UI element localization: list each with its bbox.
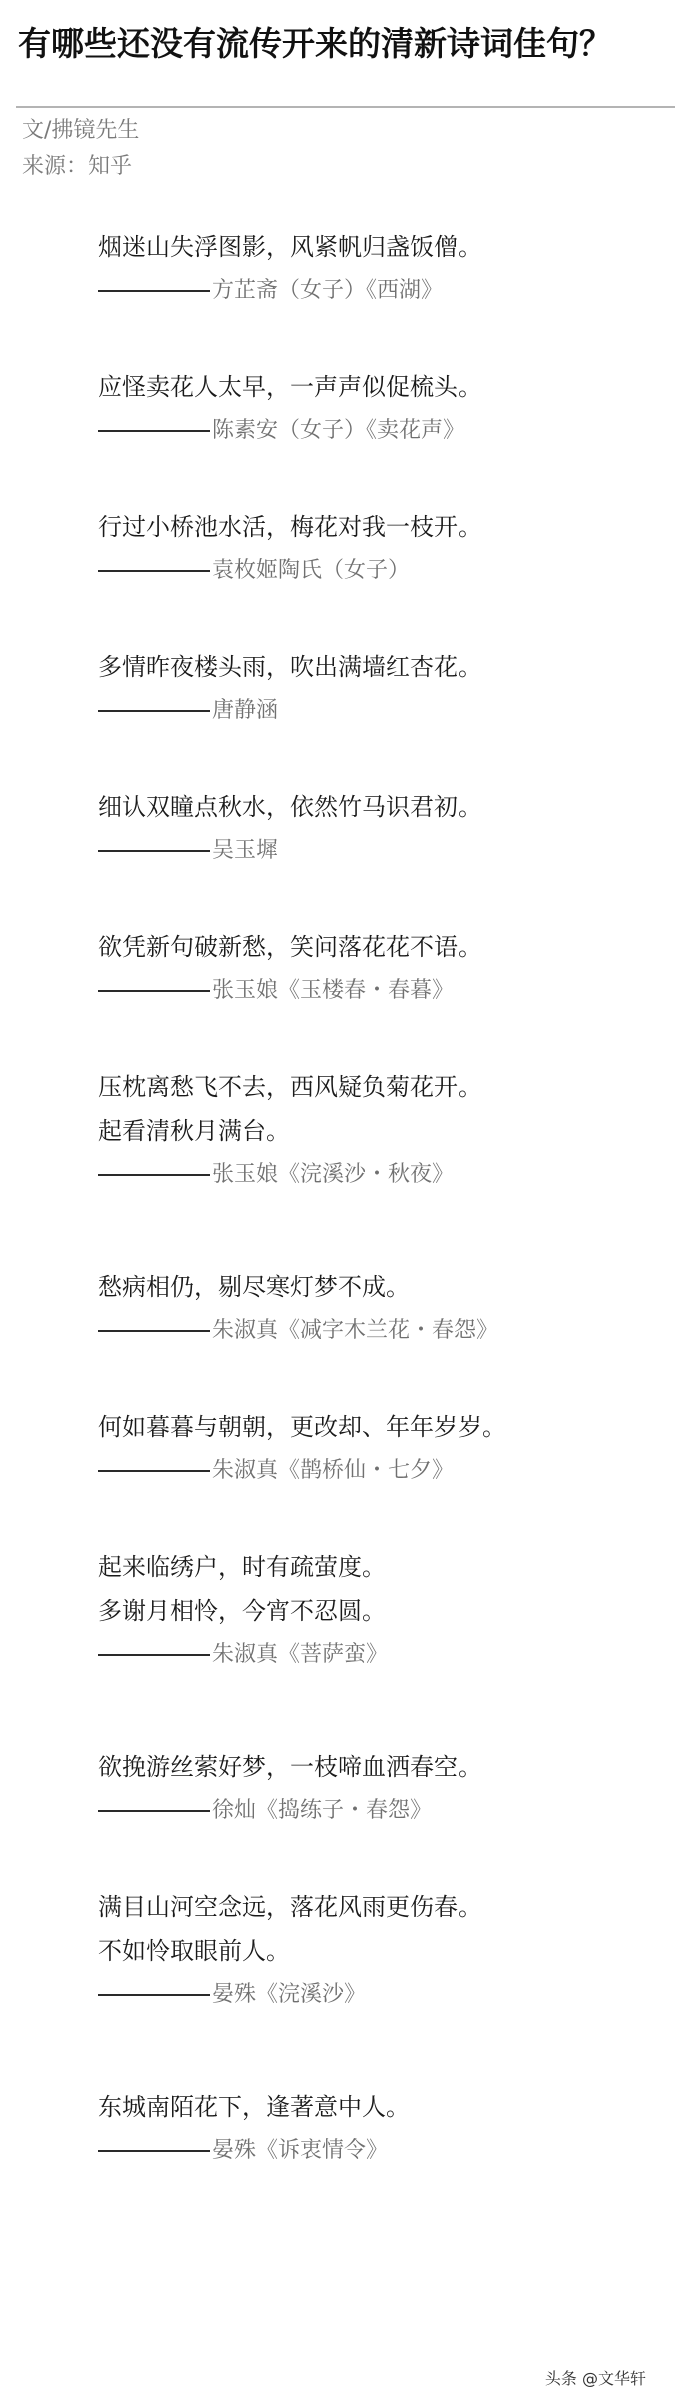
em-dash-line — [98, 1654, 210, 1656]
poem-attribution: 陈素安（女子）《卖花声》 — [98, 416, 482, 446]
watermark: 头条 @文华轩 — [545, 2366, 646, 2389]
poem-attribution: 晏殊《浣溪沙》 — [98, 1980, 482, 2010]
poem-attribution: 吴玉墀 — [98, 836, 482, 866]
poem-line: 欲挽游丝萦好梦，一枝啼血洒春空。 — [98, 1752, 482, 1782]
em-dash-line — [98, 290, 210, 292]
attribution-text: 方芷斋（女子）《西湖》 — [212, 276, 443, 306]
source-line: 来源：知乎 — [22, 152, 132, 182]
em-dash-line — [98, 570, 210, 572]
attribution-text: 晏殊《诉衷情令》 — [212, 2136, 388, 2166]
em-dash-line — [98, 1994, 210, 1996]
poem-attribution: 晏殊《诉衷情令》 — [98, 2136, 410, 2166]
poem-entry: 满目山河空念远，落花风雨更伤春。不如怜取眼前人。晏殊《浣溪沙》 — [98, 1892, 482, 2010]
attribution-text: 朱淑真《减字木兰花・春怨》 — [212, 1316, 498, 1346]
poem-attribution: 袁枚姬陶氏（女子） — [98, 556, 482, 586]
poem-line: 应怪卖花人太早，一声声似促梳头。 — [98, 372, 482, 402]
poem-attribution: 徐灿《捣练子・春怨》 — [98, 1796, 482, 1826]
attribution-text: 张玉娘《玉楼春・春暮》 — [212, 976, 454, 1006]
poem-entry: 细认双瞳点秋水，依然竹马识君初。吴玉墀 — [98, 792, 482, 866]
poem-attribution: 张玉娘《玉楼春・春暮》 — [98, 976, 482, 1006]
poem-line: 欲凭新句破新愁，笑问落花花不语。 — [98, 932, 482, 962]
poem-line: 压枕离愁飞不去，西风疑负菊花开。 — [98, 1072, 482, 1102]
em-dash-line — [98, 710, 210, 712]
article-title: 有哪些还没有流传开来的清新诗词佳句？ — [18, 22, 678, 66]
poem-line: 起来临绣户，时有疏萤度。 — [98, 1552, 388, 1582]
attribution-text: 陈素安（女子）《卖花声》 — [212, 416, 465, 446]
poem-line: 何如暮暮与朝朝，更改却、年年岁岁。 — [98, 1412, 506, 1442]
poem-entry: 何如暮暮与朝朝，更改却、年年岁岁。朱淑真《鹊桥仙・七夕》 — [98, 1412, 506, 1486]
poem-entry: 行过小桥池水活，梅花对我一枝开。袁枚姬陶氏（女子） — [98, 512, 482, 586]
em-dash-line — [98, 1470, 210, 1472]
em-dash-line — [98, 2150, 210, 2152]
attribution-text: 唐静涵 — [212, 696, 278, 726]
poem-attribution: 朱淑真《菩萨蛮》 — [98, 1640, 388, 1670]
poem-line: 满目山河空念远，落花风雨更伤春。 — [98, 1892, 482, 1922]
poem-entry: 东城南陌花下，逢著意中人。晏殊《诉衷情令》 — [98, 2092, 410, 2166]
poem-entry: 烟迷山失浮图影，风紧帆归盏饭僧。方芷斋（女子）《西湖》 — [98, 232, 482, 306]
poem-attribution: 朱淑真《减字木兰花・春怨》 — [98, 1316, 498, 1346]
poem-line: 愁病相仍，剔尽寒灯梦不成。 — [98, 1272, 498, 1302]
em-dash-line — [98, 1810, 210, 1812]
em-dash-line — [98, 430, 210, 432]
attribution-text: 张玉娘《浣溪沙・秋夜》 — [212, 1160, 454, 1190]
poem-entry: 愁病相仍，剔尽寒灯梦不成。朱淑真《减字木兰花・春怨》 — [98, 1272, 498, 1346]
poem-line: 东城南陌花下，逢著意中人。 — [98, 2092, 410, 2122]
poem-entry: 应怪卖花人太早，一声声似促梳头。陈素安（女子）《卖花声》 — [98, 372, 482, 446]
poem-entry: 欲挽游丝萦好梦，一枝啼血洒春空。徐灿《捣练子・春怨》 — [98, 1752, 482, 1826]
em-dash-line — [98, 990, 210, 992]
em-dash-line — [98, 850, 210, 852]
poem-attribution: 方芷斋（女子）《西湖》 — [98, 276, 482, 306]
poem-line: 多谢月相怜，今宵不忍圆。 — [98, 1596, 388, 1626]
poem-line: 多情昨夜楼头雨，吹出满墙红杏花。 — [98, 652, 482, 682]
poem-line: 细认双瞳点秋水，依然竹马识君初。 — [98, 792, 482, 822]
attribution-text: 吴玉墀 — [212, 836, 278, 866]
poem-line: 起看清秋月满台。 — [98, 1116, 482, 1146]
poem-entry: 欲凭新句破新愁，笑问落花花不语。张玉娘《玉楼春・春暮》 — [98, 932, 482, 1006]
attribution-text: 朱淑真《鹊桥仙・七夕》 — [212, 1456, 454, 1486]
poem-entry: 起来临绣户，时有疏萤度。多谢月相怜，今宵不忍圆。朱淑真《菩萨蛮》 — [98, 1552, 388, 1670]
poem-entry: 压枕离愁飞不去，西风疑负菊花开。起看清秋月满台。张玉娘《浣溪沙・秋夜》 — [98, 1072, 482, 1190]
poem-attribution: 唐静涵 — [98, 696, 482, 726]
poem-line: 不如怜取眼前人。 — [98, 1936, 482, 1966]
attribution-text: 袁枚姬陶氏（女子） — [212, 556, 410, 586]
em-dash-line — [98, 1330, 210, 1332]
author-line: 文/拂镜先生 — [22, 116, 139, 146]
poem-line: 行过小桥池水活，梅花对我一枝开。 — [98, 512, 482, 542]
poem-attribution: 张玉娘《浣溪沙・秋夜》 — [98, 1160, 482, 1190]
title-divider — [16, 106, 675, 108]
attribution-text: 朱淑真《菩萨蛮》 — [212, 1640, 388, 1670]
attribution-text: 徐灿《捣练子・春怨》 — [212, 1796, 432, 1826]
em-dash-line — [98, 1174, 210, 1176]
poem-entry: 多情昨夜楼头雨，吹出满墙红杏花。唐静涵 — [98, 652, 482, 726]
attribution-text: 晏殊《浣溪沙》 — [212, 1980, 366, 2010]
poem-attribution: 朱淑真《鹊桥仙・七夕》 — [98, 1456, 506, 1486]
poem-line: 烟迷山失浮图影，风紧帆归盏饭僧。 — [98, 232, 482, 262]
